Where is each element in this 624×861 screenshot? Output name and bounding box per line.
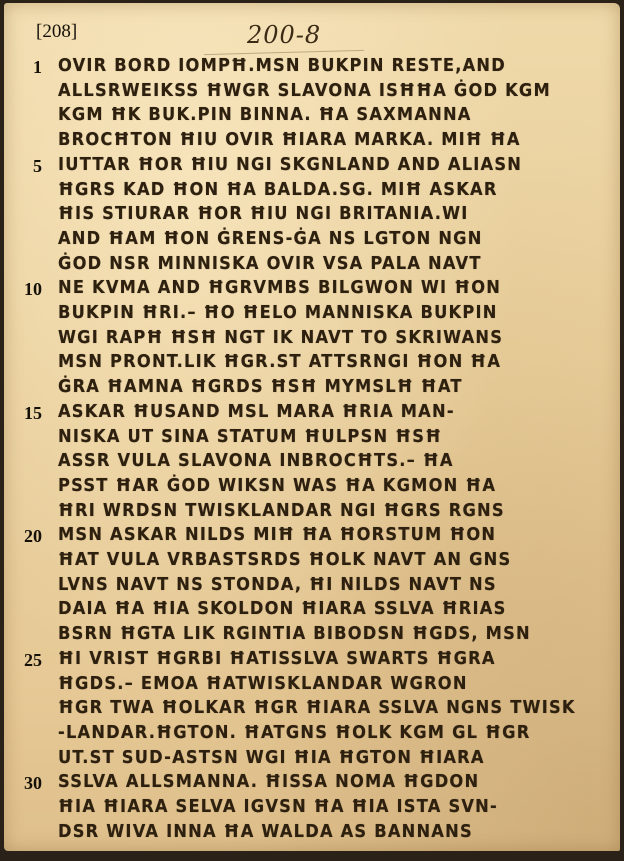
line-text: ĦIS STIURAR ĦOR ĦIU NGI BRITANIA.WI xyxy=(58,204,469,224)
line-text: MSN PRONT.LIK ĦGR.ST ATTSRNGI ĦON ĦA xyxy=(58,352,501,372)
line-text: ASSR VULA SLAVONA INBROCĦTS.– ĦA xyxy=(58,451,454,471)
line-number: 1 xyxy=(18,57,42,78)
line-text: ĦIA ĦIARA SELVA IGVSN ĦA ĦIA ISTA SVN- xyxy=(58,797,498,817)
line-text: NE KVMA AND ĦGRVMBS BILGWON WI ĦON xyxy=(58,278,501,298)
line-text: UT.ST SUD-ASTSN WGI ĦIA ĦGTON ĦIARA xyxy=(58,748,485,768)
line-text: LVNS NAVT NS STONDA, ĦI NILDS NAVT NS xyxy=(58,575,497,595)
line-text: ĠRA ĦAMNA ĦGRDS ĦSĦ MYMSLĦ ĦAT xyxy=(58,377,463,397)
manuscript-line: DSR WIVA INNA ĦA WALDA AS BANNANS xyxy=(4,821,620,849)
line-text: AND ĦAM ĦON ĠRENS-ĠA NS LGTON NGN xyxy=(58,229,483,249)
line-text: ĦAT VULA VRBASTSRDS ĦOLK NAVT AN GNS xyxy=(58,550,511,570)
line-text: PSST ĦAR ĠOD WIKSN WAS ĦA KGMON ĦA xyxy=(58,476,496,496)
line-text: ASKAR ĦUSAND MSL MARA ĦRIA MAN- xyxy=(58,402,455,422)
manuscript-page: [208] 200-8 1OVIR BORD IOMPĦ.MSN BUKPIN … xyxy=(4,3,620,851)
line-text: KGM ĦK BUK.PIN BINNA. ĦA SAXMANNA xyxy=(58,105,472,125)
line-text: ALLSRWEIKSS ĦWGR SLAVONA ISĦĦA ĠOD KGM xyxy=(58,81,551,101)
line-number: 25 xyxy=(18,650,42,671)
line-text: OVIR BORD IOMPĦ.MSN BUKPIN RESTE,AND xyxy=(58,56,506,76)
line-text: BSRN ĦGTA LIK RGINTIA BIBODSN ĦGDS, MSN xyxy=(58,624,531,644)
folio-number: 200-8 xyxy=(247,21,321,49)
line-text: ĠOD NSR MINNISKA OVIR VSA PALA NAVT xyxy=(58,254,482,274)
page-number: [208] xyxy=(36,21,77,43)
line-text: DSR WIVA INNA ĦA WALDA AS BANNANS xyxy=(58,822,473,842)
line-text: BUKPIN ĦRI.– ĦO ĦELO MANNISKA BUKPIN xyxy=(58,303,498,323)
line-number: 20 xyxy=(18,526,42,547)
line-text: NISKA UT SINA STATUM ĦULPSN ĦSĦ xyxy=(58,427,442,447)
line-text: IUTTAR ĦOR ĦIU NGI SKGNLAND AND ALIASN xyxy=(58,155,522,175)
line-number: 30 xyxy=(18,773,42,794)
line-text: -LANDAR.ĦGTON. ĦATGNS ĦOLK KGM GL ĦGR xyxy=(58,723,530,743)
line-text: ĦGR TWA ĦOLKAR ĦGR ĦIARA SSLVA NGNS TWIS… xyxy=(58,698,576,718)
line-number: 10 xyxy=(18,279,42,300)
line-text: ĦI VRIST ĦGRBI ĦATISSLVA SWARTS ĦGRA xyxy=(58,649,496,669)
line-text: WGI RAPĦ ĦSĦ NGT IK NAVT TO SKRIWANS xyxy=(58,328,503,348)
line-number: 5 xyxy=(18,156,42,177)
line-text: ĦGRS KAD ĦON ĦA BALDA.SG. MIĦ ASKAR xyxy=(58,180,498,200)
line-text: ĦRI WRDSN TWISKLANDAR NGI ĦGRS RGNS xyxy=(58,501,505,521)
line-text: ĦGDS.– EMOA ĦATWISKLANDAR WGRON xyxy=(58,674,468,694)
line-text: DAIA ĦA ĦIA SKOLDON ĦIARA SSLVA ĦRIAS xyxy=(58,599,507,619)
line-text: SSLVA ALLSMANNA. ĦISSA NOMA ĦGDON xyxy=(58,772,479,792)
line-text: BROCĦTON ĦIU OVIR ĦIARA MARKA. MIĦ ĦA xyxy=(58,130,521,150)
line-number: 15 xyxy=(18,403,42,424)
line-text: MSN ASKAR NILDS MIĦ ĦA ĦORSTUM ĦON xyxy=(58,525,496,545)
